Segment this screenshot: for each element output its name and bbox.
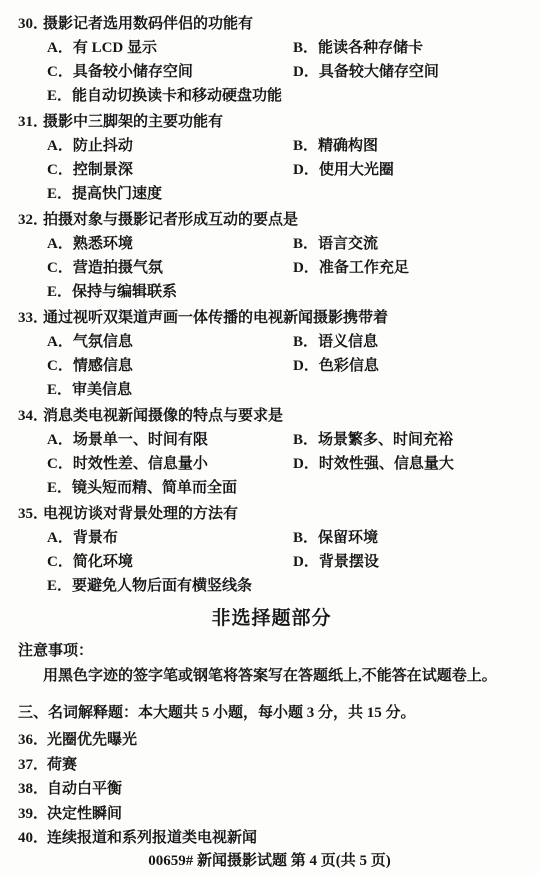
option-b: B．精确构图 [293,134,525,158]
option-e: E．审美信息 [47,378,132,402]
option-e: E．保持与编辑联系 [47,280,177,304]
question-number: 30． [18,12,43,36]
options-row: A．熟悉环境 B．语言交流 [18,232,525,256]
term-38: 38． 自动白平衡 [18,777,525,802]
option-e: E．要避免人物后面有横竖线条 [47,574,252,598]
notice-label: 注意事项： [18,640,525,662]
question-stem: 摄影中三脚架的主要功能有 [43,110,525,134]
question-32: 32． 拍摄对象与摄影记者形成互动的要点是 A．熟悉环境 B．语言交流 C．营造… [18,208,525,304]
question-stem-row: 31． 摄影中三脚架的主要功能有 [18,110,525,134]
question-number: 34． [18,404,43,428]
terms-list: 36． 光圈优先曝光 37． 荷赛 38． 自动白平衡 39． 决定性瞬间 40… [18,728,525,851]
term-40: 40． 连续报道和系列报道类电视新闻 [18,826,525,851]
question-stem: 消息类电视新闻摄像的特点与要求是 [43,404,525,428]
term-text: 光圈优先曝光 [47,728,137,753]
options-row: C．简化环境 D．背景摆设 [18,550,525,574]
page-footer: 00659# 新闻摄影试题 第 4 页(共 5 页) [0,852,539,870]
options-row: C．情感信息 D．色彩信息 [18,354,525,378]
question-stem-row: 30． 摄影记者选用数码伴侣的功能有 [18,12,525,36]
question-35: 35． 电视访谈对背景处理的方法有 A．背景布 B．保留环境 C．简化环境 D．… [18,502,525,598]
term-36: 36． 光圈优先曝光 [18,728,525,753]
term-text: 自动白平衡 [47,777,122,802]
options-row: E．镜头短而精、简单而全面 [18,476,525,500]
option-c: C．时效性差、信息量小 [47,452,293,476]
options-row: E．保持与编辑联系 [18,280,525,304]
term-number: 38． [18,777,47,802]
question-stem: 摄影记者选用数码伴侣的功能有 [43,12,525,36]
option-c: C．简化环境 [47,550,293,574]
option-d: D．时效性强、信息量大 [293,452,525,476]
option-e: E．镜头短而精、简单而全面 [47,476,237,500]
option-a: A．防止抖动 [47,134,293,158]
option-d: D．背景摆设 [293,550,525,574]
term-number: 37． [18,753,47,778]
term-text: 决定性瞬间 [47,802,122,827]
section-header: 非选择题部分 [18,606,525,632]
option-b: B．能读各种存储卡 [293,36,525,60]
term-text: 荷赛 [47,753,77,778]
term-number: 36． [18,728,47,753]
options-row: A．有 LCD 显示 B．能读各种存储卡 [18,36,525,60]
question-number: 33． [18,306,43,330]
option-a: A．熟悉环境 [47,232,293,256]
exam-page: 30． 摄影记者选用数码伴侣的功能有 A．有 LCD 显示 B．能读各种存储卡 … [0,0,539,875]
option-d: D．准备工作充足 [293,256,525,280]
question-stem: 通过视听双渠道声画一体传播的电视新闻摄影携带着 [43,306,525,330]
question-stem-row: 35． 电视访谈对背景处理的方法有 [18,502,525,526]
question-number: 32． [18,208,43,232]
term-37: 37． 荷赛 [18,753,525,778]
options-row: C．控制景深 D．使用大光圈 [18,158,525,182]
options-row: C．营造拍摄气氛 D．准备工作充足 [18,256,525,280]
question-stem-row: 33． 通过视听双渠道声画一体传播的电视新闻摄影携带着 [18,306,525,330]
option-b: B．保留环境 [293,526,525,550]
question-33: 33． 通过视听双渠道声画一体传播的电视新闻摄影携带着 A．气氛信息 B．语义信… [18,306,525,402]
option-d: D．使用大光圈 [293,158,525,182]
options-row: C．时效性差、信息量小 D．时效性强、信息量大 [18,452,525,476]
term-number: 40． [18,826,47,851]
question-stem: 电视访谈对背景处理的方法有 [43,502,525,526]
options-row: A．背景布 B．保留环境 [18,526,525,550]
question-stem: 拍摄对象与摄影记者形成互动的要点是 [43,208,525,232]
option-e: E．能自动切换读卡和移动硬盘功能 [47,84,282,108]
option-a: A．场景单一、时间有限 [47,428,293,452]
option-d: D．色彩信息 [293,354,525,378]
options-row: E．能自动切换读卡和移动硬盘功能 [18,84,525,108]
option-e: E．提高快门速度 [47,182,162,206]
option-c: C．控制景深 [47,158,293,182]
option-c: C．情感信息 [47,354,293,378]
question-30: 30． 摄影记者选用数码伴侣的功能有 A．有 LCD 显示 B．能读各种存储卡 … [18,12,525,108]
options-row: A．场景单一、时间有限 B．场景繁多、时间充裕 [18,428,525,452]
options-row: E．提高快门速度 [18,182,525,206]
option-a: A．气氛信息 [47,330,293,354]
question-34: 34． 消息类电视新闻摄像的特点与要求是 A．场景单一、时间有限 B．场景繁多、… [18,404,525,500]
options-row: E．要避免人物后面有横竖线条 [18,574,525,598]
option-a: A．有 LCD 显示 [47,36,293,60]
question-number: 35． [18,502,43,526]
options-row: C．具备较小储存空间 D．具备较大储存空间 [18,60,525,84]
option-b: B．语言交流 [293,232,525,256]
option-b: B．场景繁多、时间充裕 [293,428,525,452]
options-row: A．气氛信息 B．语义信息 [18,330,525,354]
options-row: E．审美信息 [18,378,525,402]
option-d: D．具备较大储存空间 [293,60,525,84]
option-c: C．具备较小储存空间 [47,60,293,84]
notice-text: 用黑色字迹的签字笔或钢笔将答案写在答题纸上,不能答在试题卷上。 [18,664,525,688]
option-c: C．营造拍摄气氛 [47,256,293,280]
term-number: 39． [18,802,47,827]
question-31: 31． 摄影中三脚架的主要功能有 A．防止抖动 B．精确构图 C．控制景深 D．… [18,110,525,206]
question-number: 31． [18,110,43,134]
section-three-title: 三、名词解释题：本大题共 5 小题，每小题 3 分，共 15 分。 [18,702,525,724]
option-b: B．语义信息 [293,330,525,354]
option-a: A．背景布 [47,526,293,550]
question-stem-row: 34． 消息类电视新闻摄像的特点与要求是 [18,404,525,428]
question-stem-row: 32． 拍摄对象与摄影记者形成互动的要点是 [18,208,525,232]
options-row: A．防止抖动 B．精确构图 [18,134,525,158]
term-text: 连续报道和系列报道类电视新闻 [47,826,257,851]
term-39: 39． 决定性瞬间 [18,802,525,827]
